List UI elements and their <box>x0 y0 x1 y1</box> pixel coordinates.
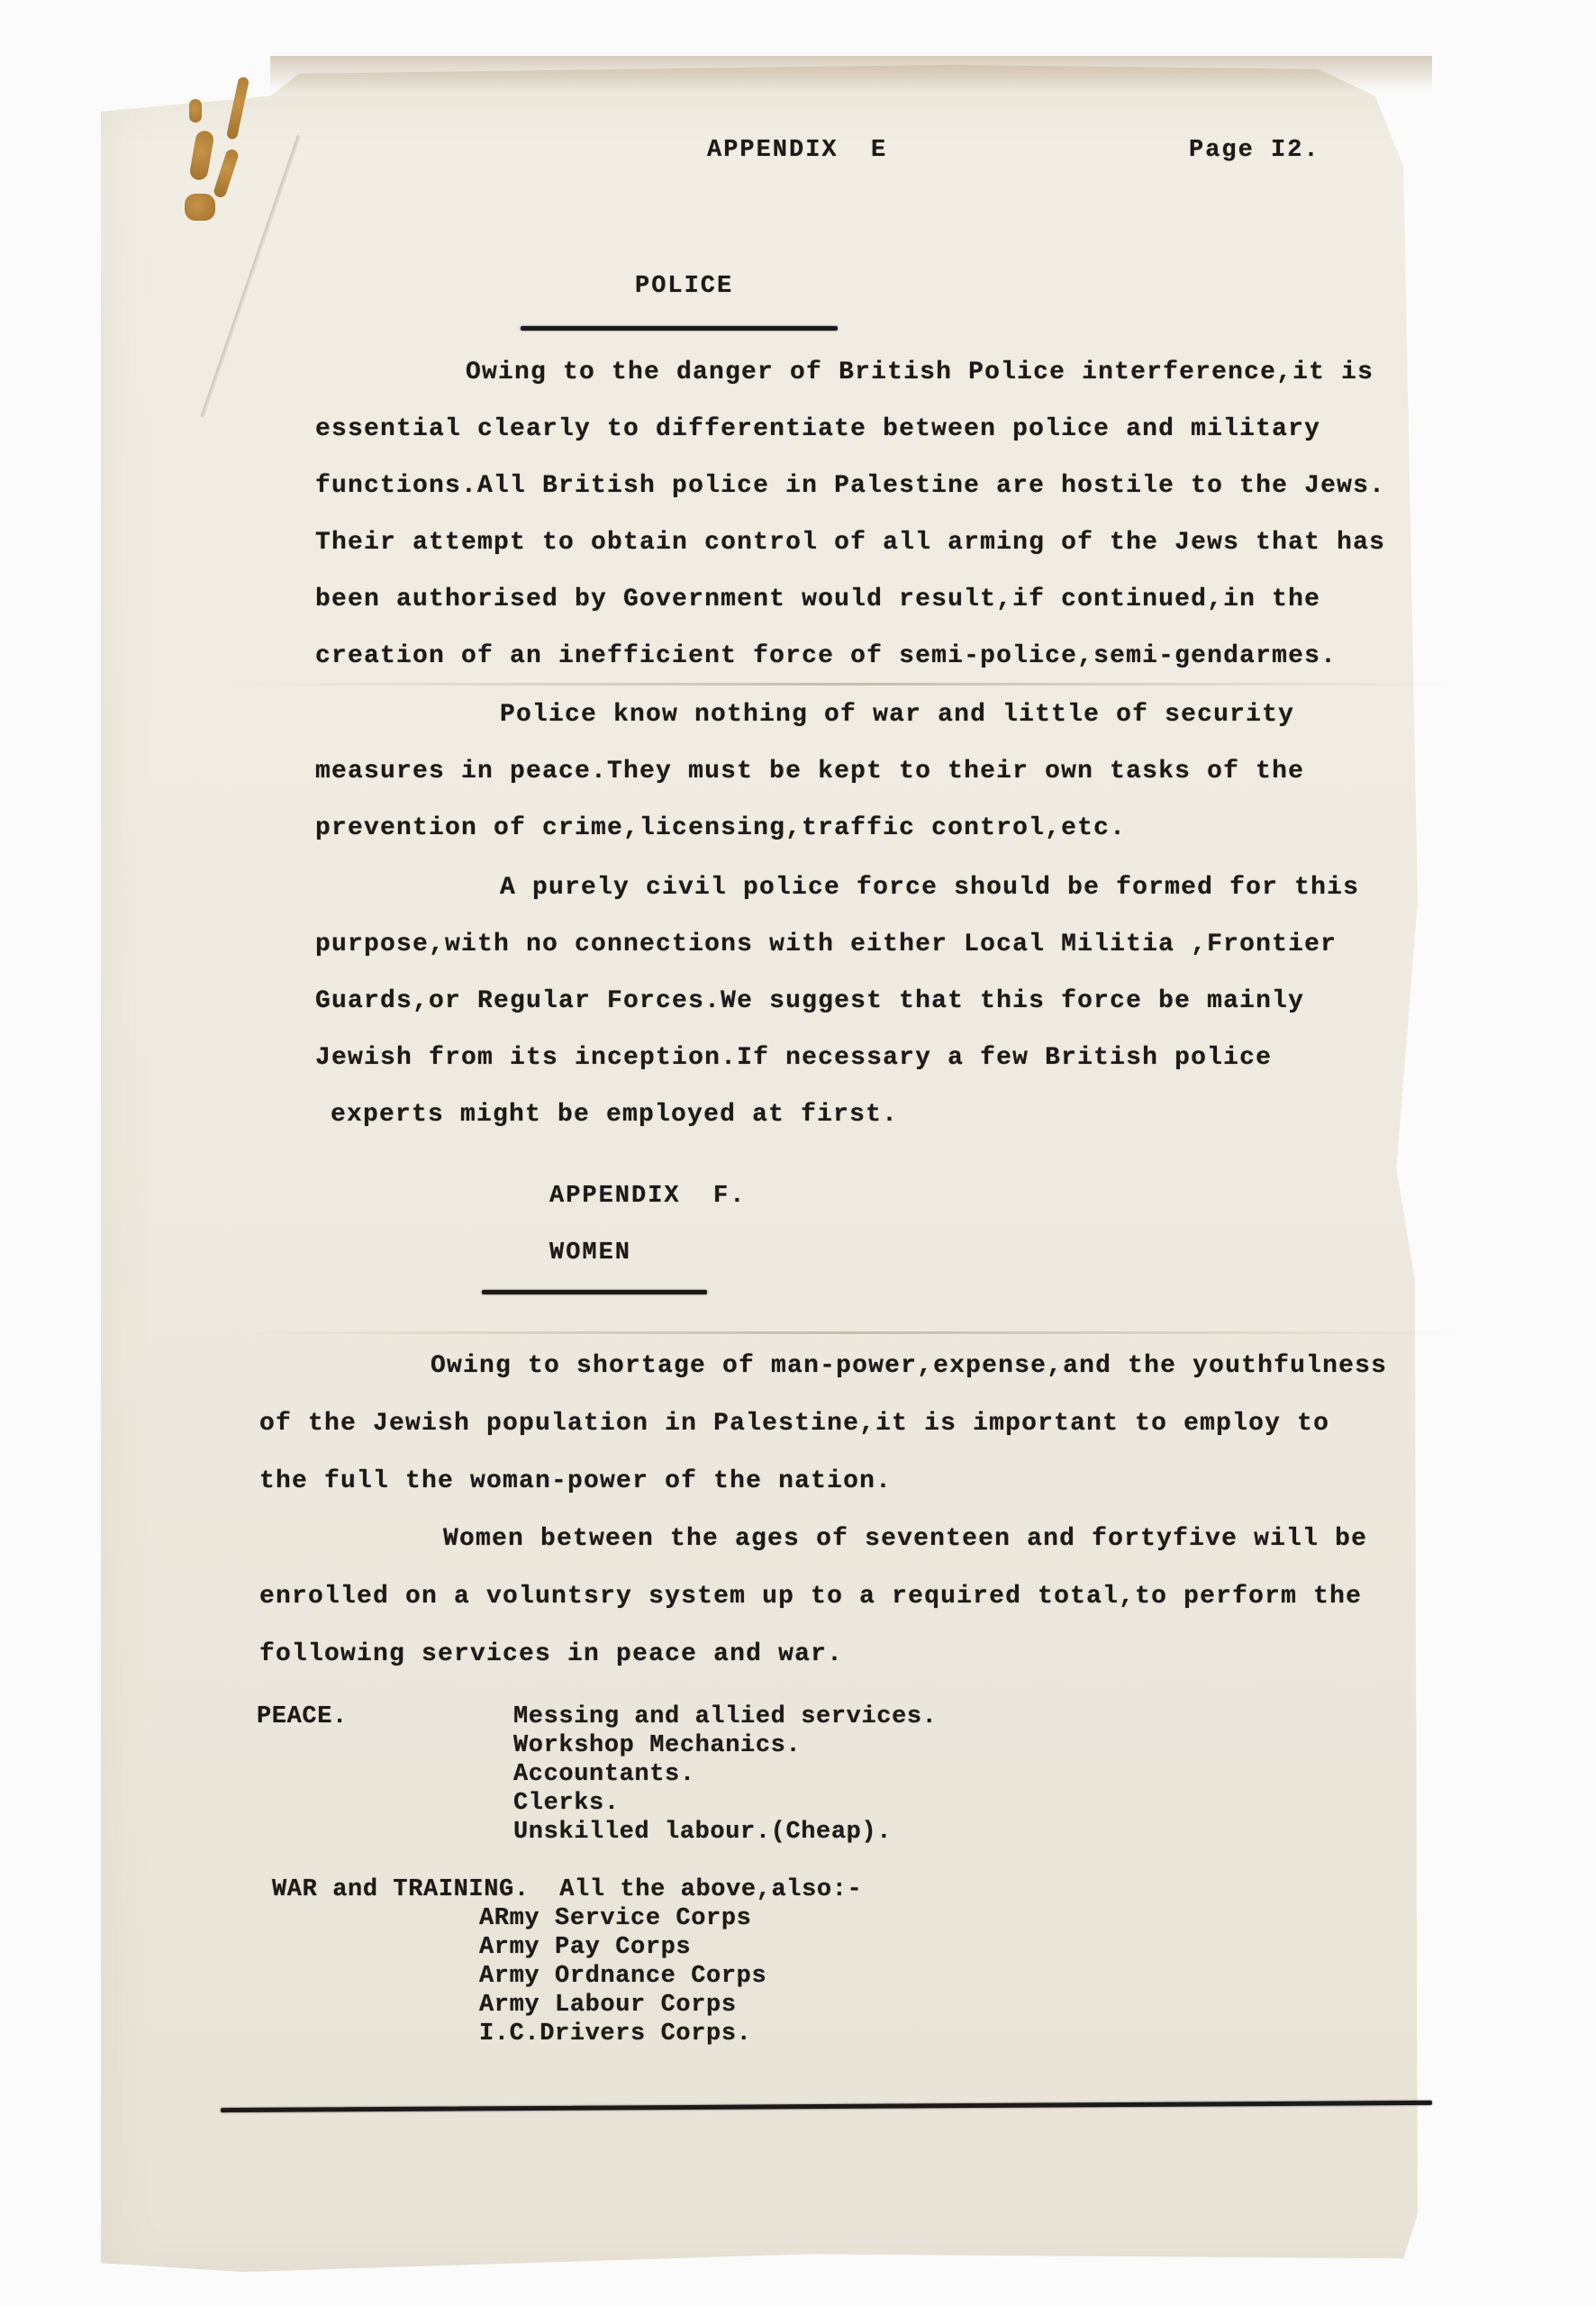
text-line: enrolled on a voluntsry system up to a r… <box>259 1584 1362 1610</box>
text-line: Jewish from its inception.If necessary a… <box>315 1046 1272 1071</box>
text-line: Owing to shortage of man-power,expense,a… <box>431 1354 1387 1379</box>
text-line: Police know nothing of war and little of… <box>500 703 1294 728</box>
text-line: experts might be employed at first. <box>331 1103 898 1128</box>
text-line: purpose,with no connections with either … <box>315 932 1337 958</box>
list-item: I.C.Drivers Corps. <box>479 2022 751 2047</box>
document-page <box>101 56 1517 2281</box>
appendix-e-heading: APPENDIX E <box>707 139 887 163</box>
police-title: POLICE <box>635 275 733 299</box>
paper-top-edge-discoloration <box>270 56 1432 92</box>
list-item: Army Ordnance Corps <box>479 1965 766 1989</box>
page-number: Page I2. <box>1189 139 1320 163</box>
text-line: Guards,or Regular Forces.We suggest that… <box>315 989 1304 1014</box>
list-item: Army Labour Corps <box>479 1993 737 2018</box>
text-line: creation of an inefficient force of semi… <box>315 644 1337 669</box>
rust-stain <box>185 194 215 221</box>
text-line: A purely civil police force should be fo… <box>500 876 1359 901</box>
paper-crease <box>225 1331 1468 1334</box>
women-title: WOMEN <box>549 1241 631 1266</box>
text-line: Owing to the danger of British Police in… <box>466 360 1374 386</box>
list-item: Clerks. <box>513 1792 620 1816</box>
list-item: Messing and allied services. <box>513 1705 937 1729</box>
list-item: Army Pay Corps <box>479 1936 691 1960</box>
text-line: prevention of crime,licensing,traffic co… <box>315 816 1126 841</box>
text-line: functions.All British police in Palestin… <box>315 474 1385 499</box>
text-line: measures in peace.They must be kept to t… <box>315 759 1304 785</box>
peace-label: PEACE. <box>257 1705 348 1729</box>
police-title-underline <box>521 326 838 331</box>
war-training-label: WAR and TRAINING. All the above,also:- <box>272 1878 862 1902</box>
text-line: the full the woman-power of the nation. <box>259 1469 892 1494</box>
text-line: been authorised by Government would resu… <box>315 587 1320 613</box>
text-line: of the Jewish population in Palestine,it… <box>259 1412 1329 1437</box>
rust-stain <box>189 99 202 123</box>
list-item: Unskilled labour.(Cheap). <box>513 1820 892 1845</box>
text-line: following services in peace and war. <box>259 1642 843 1667</box>
text-line: Women between the ages of seventeen and … <box>443 1527 1367 1552</box>
appendix-f-heading: APPENDIX F. <box>549 1185 746 1209</box>
list-item: ARmy Service Corps <box>479 1907 751 1931</box>
text-line: Their attempt to obtain control of all a… <box>315 531 1385 556</box>
paper-crease <box>225 683 1468 685</box>
list-item: Accountants. <box>513 1763 695 1787</box>
women-title-underline <box>482 1290 707 1294</box>
text-line: essential clearly to differentiate betwe… <box>315 417 1320 442</box>
list-item: Workshop Mechanics. <box>513 1734 801 1758</box>
